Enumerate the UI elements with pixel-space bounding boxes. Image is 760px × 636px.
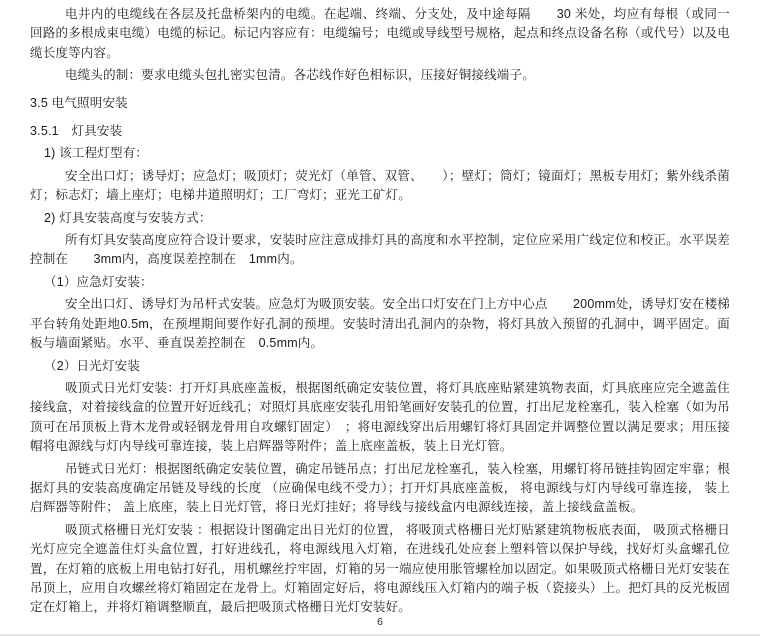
list-item-2-install-height: 2) 灯具安装高度与安装方式： (44, 209, 730, 228)
document-page: 电井内的电缆线在各层及托盘桥架内的电缆。在起端、终端、分支处，及中途每隔 30 … (0, 0, 760, 618)
body-paragraph-install-requirements: 所有灯具安装高度应符合设计要求，安装时应注意成排灯具的高度和水平控制，定位应采用… (30, 231, 730, 270)
body-paragraph-chain-fluorescent: 吊链式日光灯：根据图纸确定安装位置，确定吊链吊点；打出尼龙栓塞孔，装入栓塞，用螺… (30, 460, 730, 518)
list-item-1-lamp-types: 1) 该工程灯型有： (44, 144, 730, 163)
body-paragraph-cable-head: 电缆头的制：要求电缆头包扎密实包清。各芯线作好色相标识，压接好铜接线端子。 (30, 66, 730, 85)
page-number: 6 (0, 616, 760, 628)
subsection-heading-3-5-1: 3.5.1 灯具安装 (30, 122, 730, 141)
body-paragraph-ceiling-fluorescent: 吸顶式日光灯安装：打开灯具底座盖板，根据图纸确定安装位置，将灯具底座贴紧建筑物表… (30, 379, 730, 457)
body-paragraph-lamp-type-list: 安全出口灯；诱导灯；应急灯；吸顶灯；荧光灯（单管、双管、 ）；壁灯；筒灯；镜面灯… (30, 167, 730, 206)
section-heading-3-5: 3.5 电气照明安装 (30, 94, 730, 113)
body-paragraph-cable-marking: 电井内的电缆线在各层及托盘桥架内的电缆。在起端、终端、分支处，及中途每隔 30 … (30, 5, 730, 63)
body-paragraph-emergency-lamp: 安全出口灯、诱导灯为吊杆式安装。应急灯为吸顶安装。安全出口灯安在门上方中心点 2… (30, 295, 730, 353)
sub-item-2-fluorescent-lamp: （2）日光灯安装 (44, 357, 730, 376)
body-paragraph-grille-fluorescent: 吸顶式格栅日光灯安装 ：根据设计图确定出日光灯的位置， 将吸顶式格栅日光灯贴紧建… (30, 521, 730, 618)
sub-item-1-emergency-lamp: （1）应急灯安装： (44, 273, 730, 292)
